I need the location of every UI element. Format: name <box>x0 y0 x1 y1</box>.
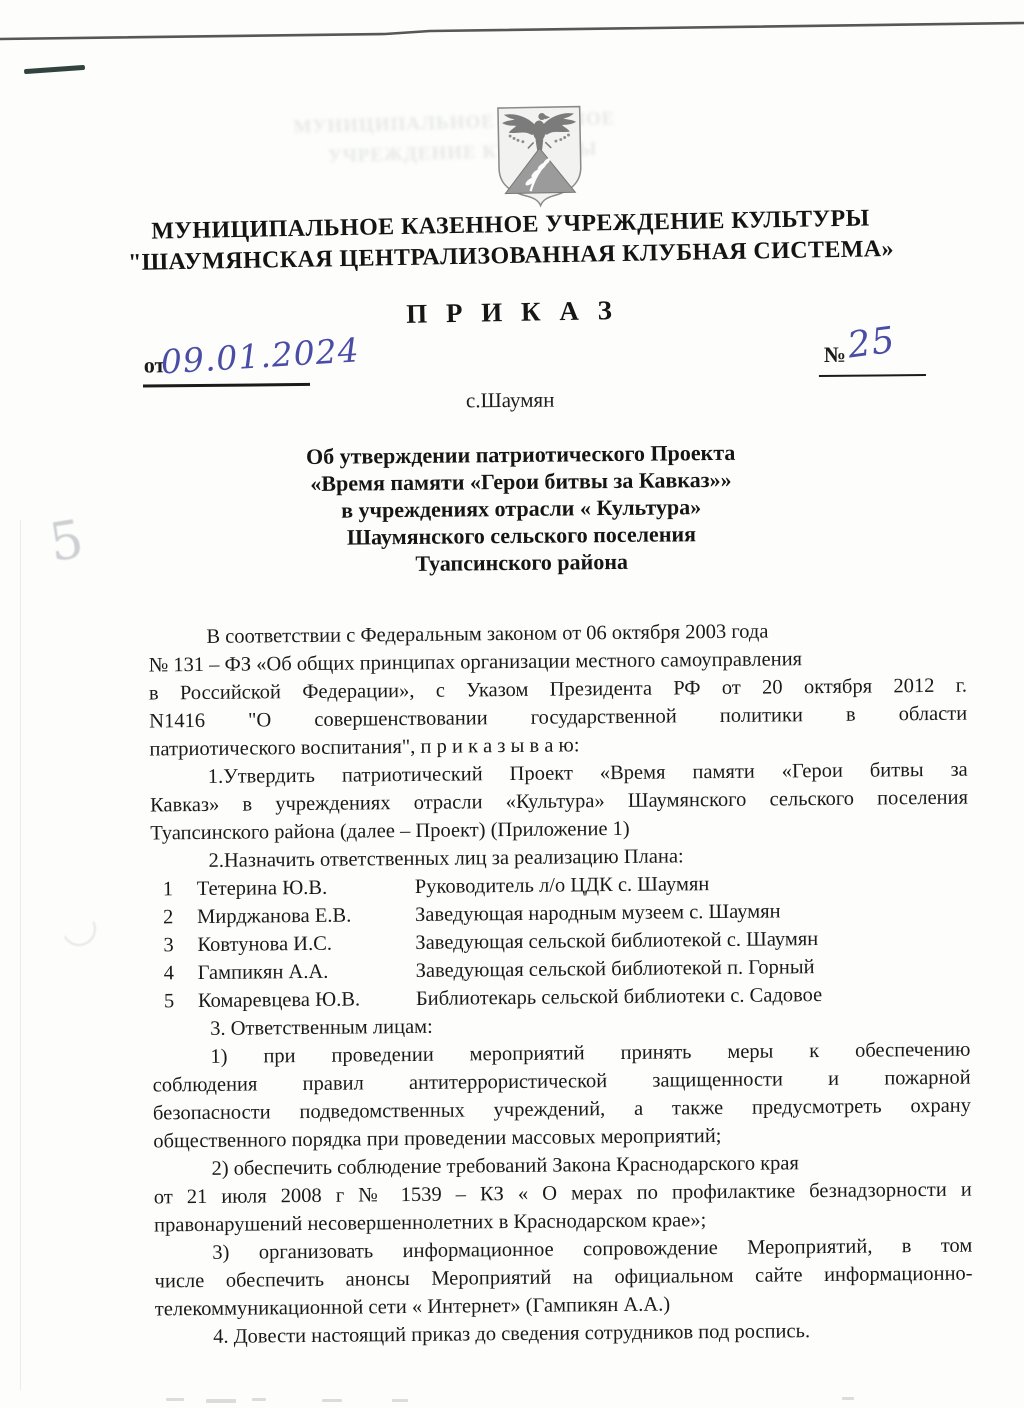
scanned-order-page: 5 МУНИЦИПАЛЬНОЕ КАЗЕННОЕ УЧРЕЖДЕНИЕ КУЛЬ… <box>0 0 1024 1408</box>
date-underline <box>143 383 310 387</box>
assignee-number: 4 <box>164 959 198 987</box>
assignee-position: Библиотекарь сельской библиотеки с. Садо… <box>416 980 970 1013</box>
assignee-number: 1 <box>163 875 197 903</box>
handwritten-date: 09.01.2024 <box>160 330 361 381</box>
place-line: с.Шаумян <box>90 384 930 417</box>
order-title: Об утверждении патриотического Проекта «… <box>191 438 852 579</box>
document-content: МУНИЦИПАЛЬНОЕ КАЗЕННОЕ УЧРЕЖДЕНИЕ КУЛЬТУ… <box>0 0 1024 1408</box>
document-type-heading: П Р И К А З <box>92 289 932 335</box>
coat-of-arms-emblem <box>485 102 594 211</box>
number-underline <box>819 374 926 377</box>
assignee-number: 5 <box>164 987 198 1015</box>
number-label: № <box>824 342 846 368</box>
assignee-number: 3 <box>163 931 197 959</box>
assignee-name: Гампикян А.А. <box>198 957 416 987</box>
assignee-name: Ковтунова И.С. <box>197 929 415 959</box>
order-body: В соответствии с Федеральным законом от … <box>148 616 973 1352</box>
handwritten-number: 25 <box>845 320 898 367</box>
assignee-name: Комаревцева Ю.В. <box>198 985 416 1015</box>
assignee-name: Тетерина Ю.В. <box>197 873 415 903</box>
title-line: Туапсинского района <box>192 546 852 579</box>
assignee-name: Мирджанова Е.В. <box>197 901 415 931</box>
assignee-number: 2 <box>163 903 197 931</box>
